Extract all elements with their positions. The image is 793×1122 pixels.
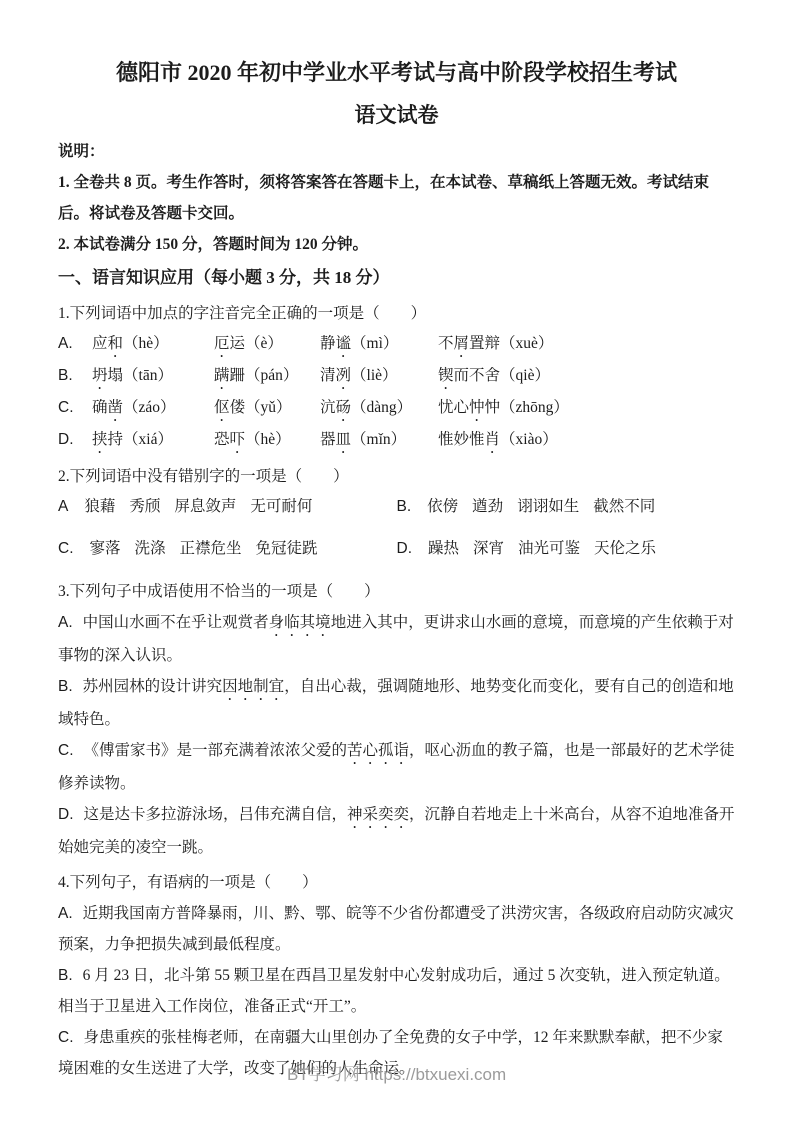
option-term: 清冽（liè） xyxy=(320,361,438,393)
option-text: 6 月 23 日，北斗第 55 颗卫星在西昌卫星发射中心发射成功后，通过 5 次… xyxy=(58,967,730,1015)
option-label: B. xyxy=(58,361,86,391)
option-label: D. xyxy=(397,534,413,564)
option-term: 寥落 xyxy=(90,534,121,564)
option-term: 深宵 xyxy=(473,534,504,564)
option-term: 洗涤 xyxy=(135,534,166,564)
option-term: 狼藉 xyxy=(84,492,115,522)
question3-option-a: A.中国山水画不在乎让观赏者身临其境地进入其中，更讲求山水画的意境，而意境的产生… xyxy=(58,607,735,671)
question3-option-c: C.《傅雷家书》是一部充满着浓浓父爱的苦心孤诣，呕心沥血的教子篇，也是一部最好的… xyxy=(58,735,735,799)
notes-label: 说明： xyxy=(58,136,735,167)
option-term: 确凿（záo） xyxy=(92,393,214,425)
option-label: C. xyxy=(58,393,86,423)
option-label: A. xyxy=(58,614,73,631)
question3-option-b: B.苏州园林的设计讲究因地制宜，自出心裁，强调随地形、地势变化而变化，要有自己的… xyxy=(58,671,735,735)
option-label: D. xyxy=(58,806,74,823)
option-term: 截然不同 xyxy=(593,492,655,522)
question4-option-a: A.近期我国南方普降暴雨，川、黔、鄂、皖等不少省份都遭受了洪涝灾害，各级政府启动… xyxy=(58,898,735,960)
option-text: 这是达卡多拉游泳场，吕伟充满自信，神采奕奕，沉静自若地走上十米高台，从容不迫地准… xyxy=(58,806,735,856)
option-term: 忧心忡忡（zhōng） xyxy=(438,393,735,425)
note-item-2: 2. 本试卷满分 150 分，答题时间为 120 分钟。 xyxy=(58,229,735,260)
option-label: C. xyxy=(58,1029,74,1046)
question1-option-b: B. 坍塌（tān） 蹒跚（pán） 清冽（liè） 锲而不舍（qiè） xyxy=(58,361,735,393)
option-term: 油光可鉴 xyxy=(518,534,580,564)
option-label: C. xyxy=(58,742,74,759)
option-term: 恐吓（hè） xyxy=(214,425,320,457)
question1-option-a: A. 应和（hè） 厄运（è） 静谧（mì） 不屑置辩（xuè） xyxy=(58,329,735,361)
option-term: 正襟危坐 xyxy=(180,534,242,564)
option-label: A xyxy=(58,492,68,522)
question1-option-d: D. 挟持（xiá） 恐吓（hè） 器皿（mǐn） 惟妙惟肖（xiào） xyxy=(58,425,735,457)
question2-stem: 2.下列词语中没有错别字的一项是（ ） xyxy=(58,461,735,492)
option-text: 近期我国南方普降暴雨，川、黔、鄂、皖等不少省份都遭受了洪涝灾害，各级政府启动防灾… xyxy=(58,905,734,953)
option-term: 器皿（mǐn） xyxy=(320,425,438,457)
question1-stem: 1.下列词语中加点的字注音完全正确的一项是（ ） xyxy=(58,298,735,329)
question2-row-1: A 狼藉 秀颀 屏息敛声 无可耐何 B. 依傍 遒劲 诩诩如生 截然不同 xyxy=(58,492,735,522)
option-term: 天伦之乐 xyxy=(594,534,656,564)
option-label: A. xyxy=(58,329,86,359)
option-term: 厄运（è） xyxy=(214,329,320,361)
exam-subtitle: 语文试卷 xyxy=(58,98,735,132)
option-term: 不屑置辩（xuè） xyxy=(438,329,735,361)
question4-stem: 4.下列句子，有语病的一项是（ ） xyxy=(58,867,735,898)
option-text: 《傅雷家书》是一部充满着浓浓父爱的苦心孤诣，呕心沥血的教子篇，也是一部最好的艺术… xyxy=(58,742,735,792)
option-label: B. xyxy=(397,492,412,522)
exam-page: 德阳市 2020 年初中学业水平考试与高中阶段学校招生考试 语文试卷 说明： 1… xyxy=(0,0,793,1122)
option-term: 静谧（mì） xyxy=(320,329,438,361)
option-term: 挟持（xiá） xyxy=(92,425,214,457)
option-term: 无可耐何 xyxy=(250,492,312,522)
note-item-1: 1. 全卷共 8 页。考生作答时，须将答案答在答题卡上，在本试卷、草稿纸上答题无… xyxy=(58,167,735,229)
option-term: 躁热 xyxy=(428,534,459,564)
option-term: 沆砀（dàng） xyxy=(320,393,438,425)
option-term: 蹒跚（pán） xyxy=(214,361,320,393)
option-term: 诩诩如生 xyxy=(517,492,579,522)
question3-option-d: D.这是达卡多拉游泳场，吕伟充满自信，神采奕奕，沉静自若地走上十米高台，从容不迫… xyxy=(58,799,735,863)
question2-option-a: A 狼藉 秀颀 屏息敛声 无可耐何 xyxy=(58,492,397,522)
option-term: 伛偻（yǔ） xyxy=(214,393,320,425)
question2-row-2: C. 寥落 洗涤 正襟危坐 免冠徒跣 D. 躁热 深宵 油光可鉴 天伦之乐 xyxy=(58,534,735,564)
option-text: 中国山水画不在乎让观赏者身临其境地进入其中，更讲求山水画的意境，而意境的产生依赖… xyxy=(58,614,734,664)
question2-option-d: D. 躁热 深宵 油光可鉴 天伦之乐 xyxy=(397,534,736,564)
question4-option-b: B.6 月 23 日，北斗第 55 颗卫星在西昌卫星发射中心发射成功后，通过 5… xyxy=(58,960,735,1022)
option-term: 遒劲 xyxy=(472,492,503,522)
option-label: B. xyxy=(58,967,73,984)
option-term: 依傍 xyxy=(427,492,458,522)
question2-option-c: C. 寥落 洗涤 正襟危坐 免冠徒跣 xyxy=(58,534,397,564)
option-term: 锲而不舍（qiè） xyxy=(438,361,735,393)
site-watermark: BT学习网 https://btxuexi.com xyxy=(287,1060,506,1085)
option-label: B. xyxy=(58,678,73,695)
option-label: C. xyxy=(58,534,74,564)
option-term: 惟妙惟肖（xiào） xyxy=(438,425,735,457)
option-label: D. xyxy=(58,425,86,455)
question2-option-b: B. 依傍 遒劲 诩诩如生 截然不同 xyxy=(397,492,736,522)
option-term: 屏息敛声 xyxy=(174,492,236,522)
option-label: A. xyxy=(58,905,73,922)
option-term: 秀颀 xyxy=(129,492,160,522)
question3-stem: 3.下列句子中成语使用不恰当的一项是（ ） xyxy=(58,576,735,607)
question1-option-c: C. 确凿（záo） 伛偻（yǔ） 沆砀（dàng） 忧心忡忡（zhōng） xyxy=(58,393,735,425)
section-heading: 一、语言知识应用（每小题 3 分，共 18 分） xyxy=(58,262,735,294)
option-text: 苏州园林的设计讲究因地制宜，自出心裁，强调随地形、地势变化而变化，要有自己的创造… xyxy=(58,678,734,728)
option-term: 坍塌（tān） xyxy=(92,361,214,393)
exam-title: 德阳市 2020 年初中学业水平考试与高中阶段学校招生考试 xyxy=(58,56,735,90)
option-term: 应和（hè） xyxy=(92,329,214,361)
option-term: 免冠徒跣 xyxy=(256,534,318,564)
